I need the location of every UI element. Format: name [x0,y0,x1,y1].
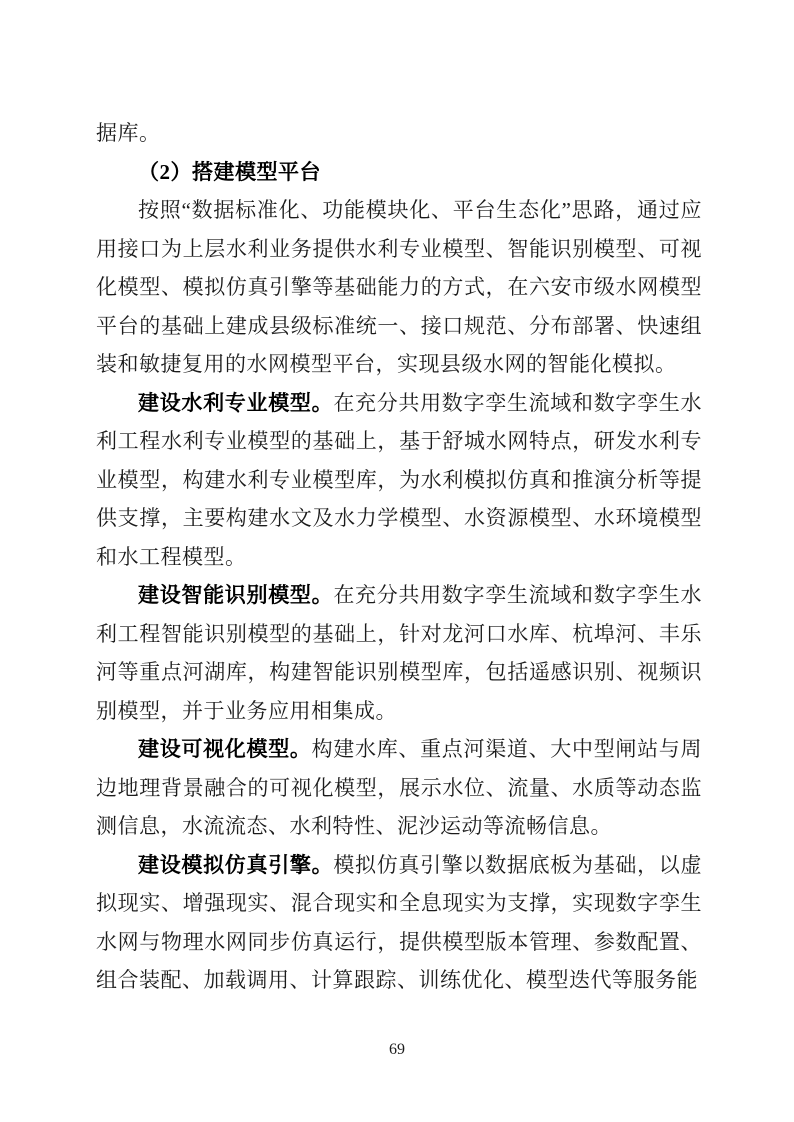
page-footer: 69 [0,1040,794,1060]
paragraph: 建设模拟仿真引擎。模拟仿真引擎以数据底板为基础，以虚拟现实、增强现实、混合现实和… [96,846,702,1000]
paragraph: 建设可视化模型。构建水库、重点河渠道、大中型闸站与周边地理背景融合的可视化模型，… [96,730,702,846]
document-page: 据库。 （2）搭建模型平台 按照“数据标准化、功能模块化、平台生态化”思路，通过… [0,0,794,1122]
paragraph-lead: 建设模拟仿真引擎。 [138,853,333,877]
page-number: 69 [389,1041,405,1058]
paragraph-lead: 建设水利专业模型。 [138,391,333,415]
paragraph-lead: 建设智能识别模型。 [138,583,333,607]
paragraph-body: 按照“数据标准化、功能模块化、平台生态化”思路，通过应用接口为上层水利业务提供水… [96,198,702,376]
page-body-text: 据库。 （2）搭建模型平台 按照“数据标准化、功能模块化、平台生态化”思路，通过… [96,114,702,1000]
paragraph: 建设智能识别模型。在充分共用数字孪生流域和数字孪生水利工程智能识别模型的基础上，… [96,576,702,730]
section-heading: （2）搭建模型平台 [96,153,702,192]
paragraph: 建设水利专业模型。在充分共用数字孪生流域和数字孪生水利工程水利专业模型的基础上，… [96,384,702,577]
paragraph: 按照“数据标准化、功能模块化、平台生态化”思路，通过应用接口为上层水利业务提供水… [96,191,702,384]
paragraph-body: 在充分共用数字孪生流域和数字孪生水利工程水利专业模型的基础上，基于舒城水网特点，… [96,391,702,569]
paragraph-lead: 建设可视化模型。 [138,737,312,761]
continuation-text: 据库。 [96,114,702,153]
